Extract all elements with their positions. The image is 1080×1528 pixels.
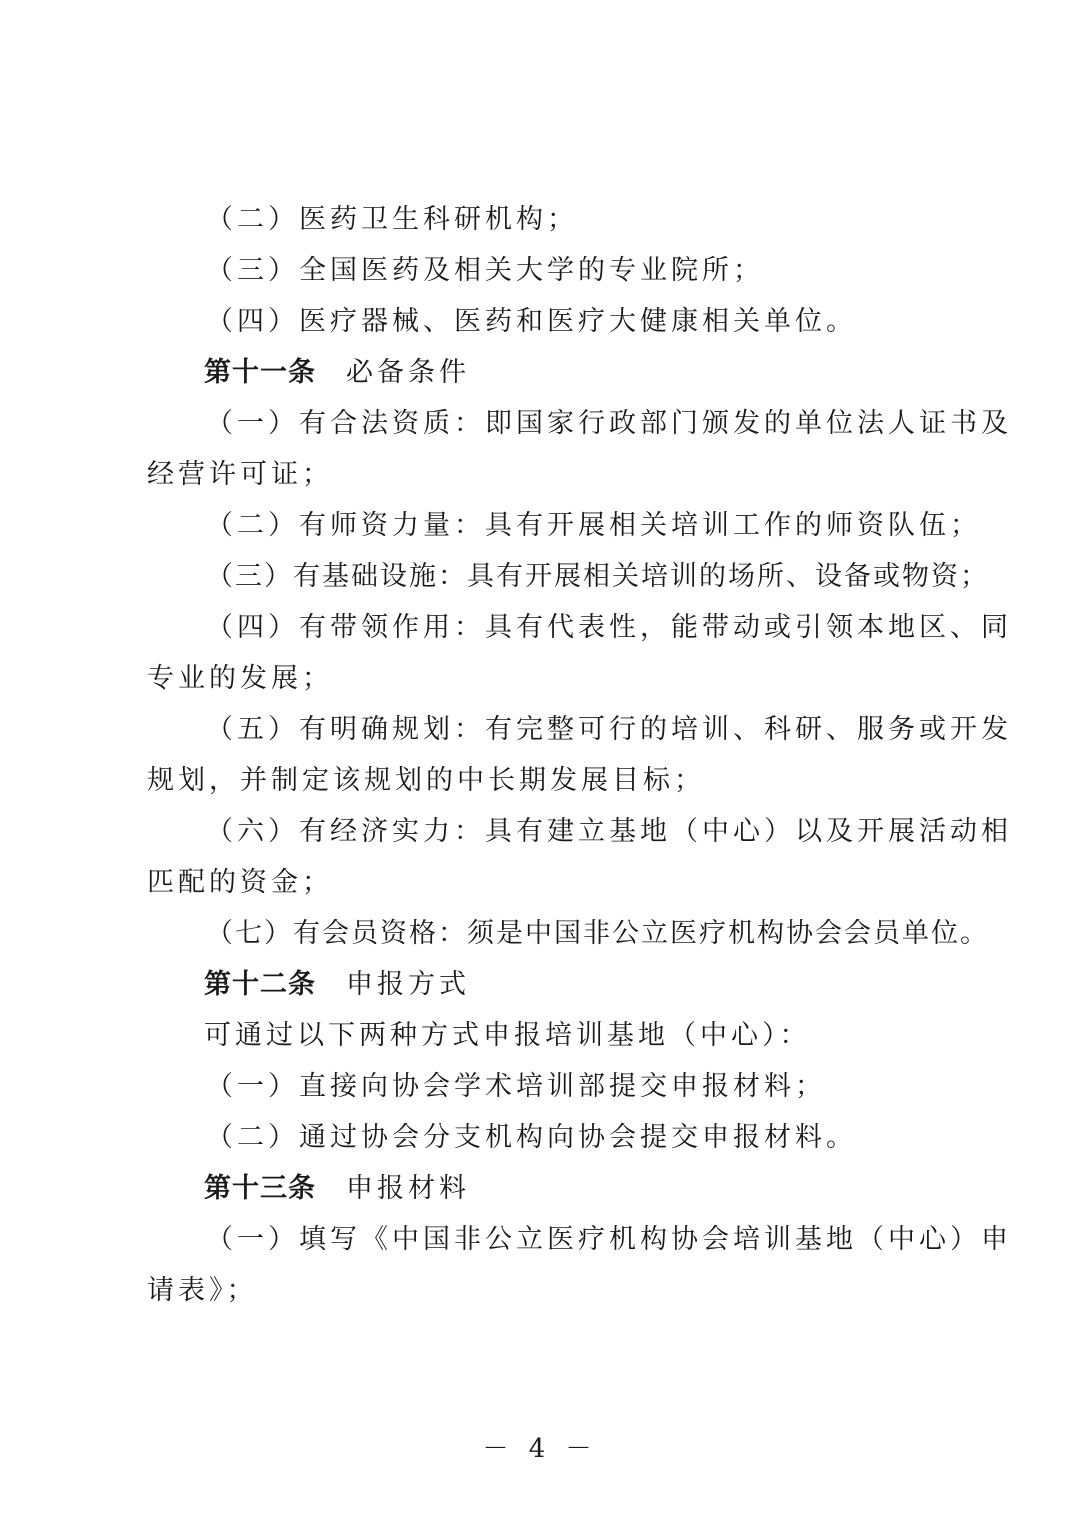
list-item: （一）填写《中国非公立医疗机构协会培训基地（中心）申 (206, 1223, 1012, 1257)
article-title: 必备条件 (346, 357, 470, 388)
article-heading-13: 第十三条申报材料 (204, 1172, 470, 1206)
list-item: （四）有带领作用：具有代表性，能带动或引领本地区、同 (206, 611, 1012, 645)
list-item: （一）直接向协会学术培训部提交申报材料； (206, 1070, 826, 1104)
list-item: （六）有经济实力：具有建立基地（中心）以及开展活动相 (206, 815, 1012, 849)
page-number: － 4 － (0, 1428, 1080, 1465)
document-page: （二）医药卫生科研机构； （三）全国医药及相关大学的专业院所； （四）医疗器械、… (0, 0, 1080, 1528)
article-heading-11: 第十一条必备条件 (204, 356, 470, 390)
list-item: （七）有会员资格：须是中国非公立医疗机构协会会员单位。 (206, 917, 989, 951)
list-item-continuation: 匹配的资金； (147, 866, 333, 900)
list-item: （五）有明确规划：有完整可行的培训、科研、服务或开发 (206, 713, 1012, 747)
list-item-continuation: 规划，并制定该规划的中长期发展目标； (147, 764, 705, 798)
article-intro: 可通过以下两种方式申报培训基地（中心）： (204, 1019, 811, 1053)
article-heading-12: 第十二条申报方式 (204, 968, 470, 1002)
article-number: 第十一条 (204, 357, 316, 388)
article-title: 申报材料 (346, 1173, 470, 1204)
list-item: （二）通过协会分支机构向协会提交申报材料。 (206, 1121, 857, 1155)
article-number: 第十三条 (204, 1173, 316, 1204)
article-number: 第十二条 (204, 969, 316, 1000)
list-item-continuation: 请表》； (147, 1274, 258, 1308)
list-item: （一）有合法资质：即国家行政部门颁发的单位法人证书及 (206, 407, 1012, 441)
list-item: （三）有基础设施：具有开展相关培训的场所、设备或物资； (206, 560, 989, 594)
list-item: （二）有师资力量：具有开展相关培训工作的师资队伍； (206, 509, 981, 543)
list-item-continuation: 经营许可证； (147, 458, 333, 492)
list-item: （二）医药卫生科研机构； (206, 203, 578, 237)
list-item: （三）全国医药及相关大学的专业院所； (206, 254, 764, 288)
list-item-continuation: 专业的发展； (147, 662, 333, 696)
list-item: （四）医疗器械、医药和医疗大健康相关单位。 (206, 305, 857, 339)
article-title: 申报方式 (346, 969, 470, 1000)
